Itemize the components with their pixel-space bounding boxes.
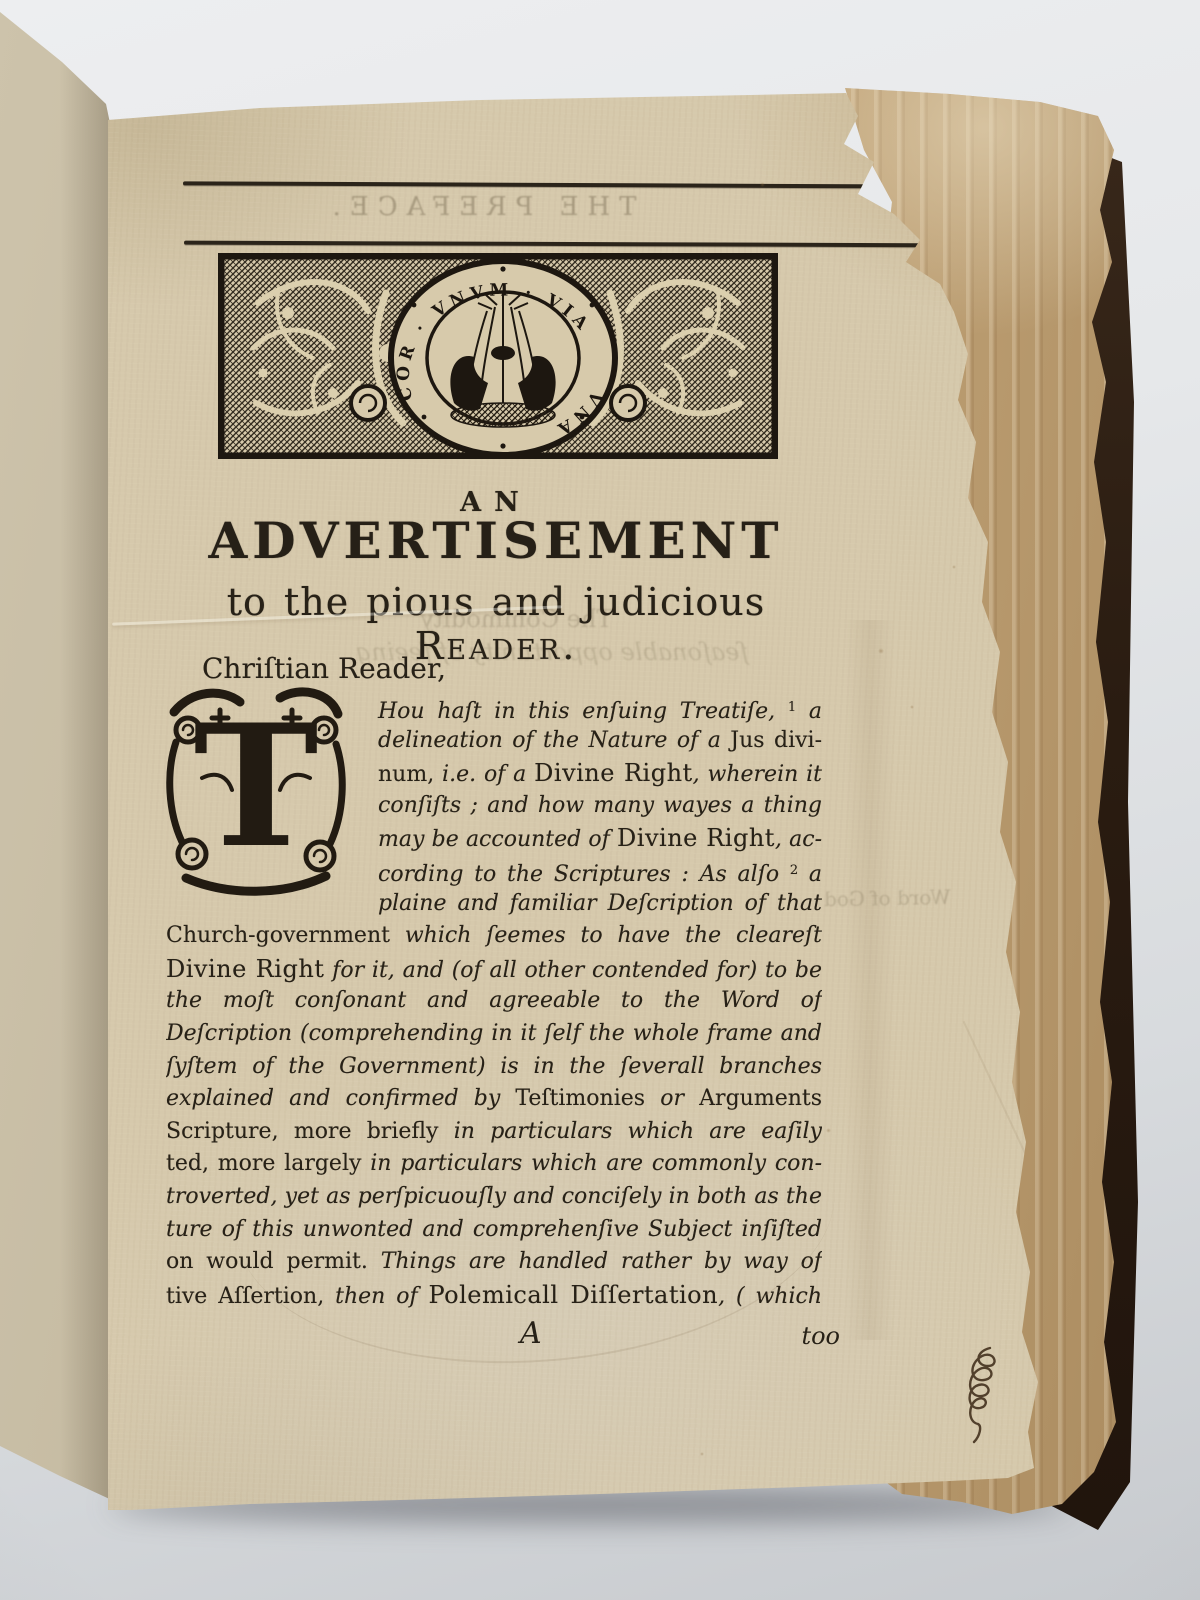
page-title: ADVERTISEMENT xyxy=(166,511,826,570)
foxing-spot xyxy=(248,558,251,561)
body-segment: Deſcription (comprehending in it ſelf th… xyxy=(166,1021,822,1046)
body-segment: delineation of the Nature of a xyxy=(378,728,730,753)
body-segment: Divine Right xyxy=(617,824,775,852)
body-segment: plaine and familiar Deſcription of that xyxy=(378,891,822,916)
body-segment: 2 xyxy=(790,863,798,878)
body-line: Deſcription (comprehending in it ſelf th… xyxy=(166,1018,822,1051)
body-segment: Divine Right xyxy=(534,759,693,787)
page-buckle-shading xyxy=(845,620,895,1340)
body-segment: num, xyxy=(378,762,442,787)
body-segment: , wherein it xyxy=(693,762,822,787)
head-rule-top xyxy=(183,181,959,188)
body-line: may be accounted of Divine Right, ac- xyxy=(166,822,822,855)
body-line: num, i.e. of a Divine Right, wherein it xyxy=(166,757,822,790)
show-through-preface: THE PREFACE. xyxy=(260,192,700,222)
body-segment: for it, and (of all other contended for)… xyxy=(324,958,822,983)
body-segment: Jus divi- xyxy=(730,728,822,753)
headpiece-woodcut: COR · VNVM · VIA VNA xyxy=(218,253,778,459)
body-segment: i.e. of a xyxy=(442,762,534,787)
body-line: plaine and familiar Deſcription of that xyxy=(166,888,822,921)
body-line: the moſt conſonant and agreeable to the … xyxy=(166,985,822,1018)
foxing-spot xyxy=(826,1128,831,1133)
body-segment: which ſeemes to have the cleareſt xyxy=(390,923,822,948)
body-segment: conſiſts ; and how many wayes a thing xyxy=(378,793,822,818)
foxing-spot xyxy=(700,1452,704,1456)
body-segment: , ac- xyxy=(775,827,822,852)
salutation: Chriſtian Reader, xyxy=(202,652,446,685)
body-segment: a xyxy=(798,862,822,887)
foxing-spot xyxy=(910,705,914,709)
body-segment: 1 xyxy=(788,700,796,715)
body-segment: Church-government xyxy=(166,923,390,948)
body-line: Divine Right for it, and (of all other c… xyxy=(166,953,822,986)
body-line: Church-government which ſeemes to have t… xyxy=(166,920,822,953)
body-line: cording to the Scriptures : As alſo 2 a xyxy=(166,855,822,888)
body-segment: cording to the Scriptures : As alſo xyxy=(378,862,790,887)
book-photo: THE PREFACE. The Commodity ſeaſonable op… xyxy=(0,0,1200,1600)
ink-squiggle-marginalia xyxy=(958,1342,1002,1450)
body-line: Hou haſt in this enſuing Treatiſe, 1 a b… xyxy=(166,692,822,725)
catchword: too xyxy=(780,1322,840,1350)
foxing-spot xyxy=(878,648,884,654)
body-segment: Hou haſt in this enſuing Treatiſe, xyxy=(378,699,788,724)
body-segment: the moſt conſonant and agreeable to the … xyxy=(166,988,822,1018)
foxing-spot xyxy=(760,182,765,187)
foxing-spot xyxy=(952,565,956,569)
body-segment: may be accounted of xyxy=(378,827,617,852)
body-line: delineation of the Nature of a Jus divi- xyxy=(166,725,822,758)
head-rule-bottom xyxy=(184,241,958,248)
body-line: conſiſts ; and how many wayes a thing xyxy=(166,790,822,823)
body-segment: Divine Right xyxy=(166,955,324,983)
